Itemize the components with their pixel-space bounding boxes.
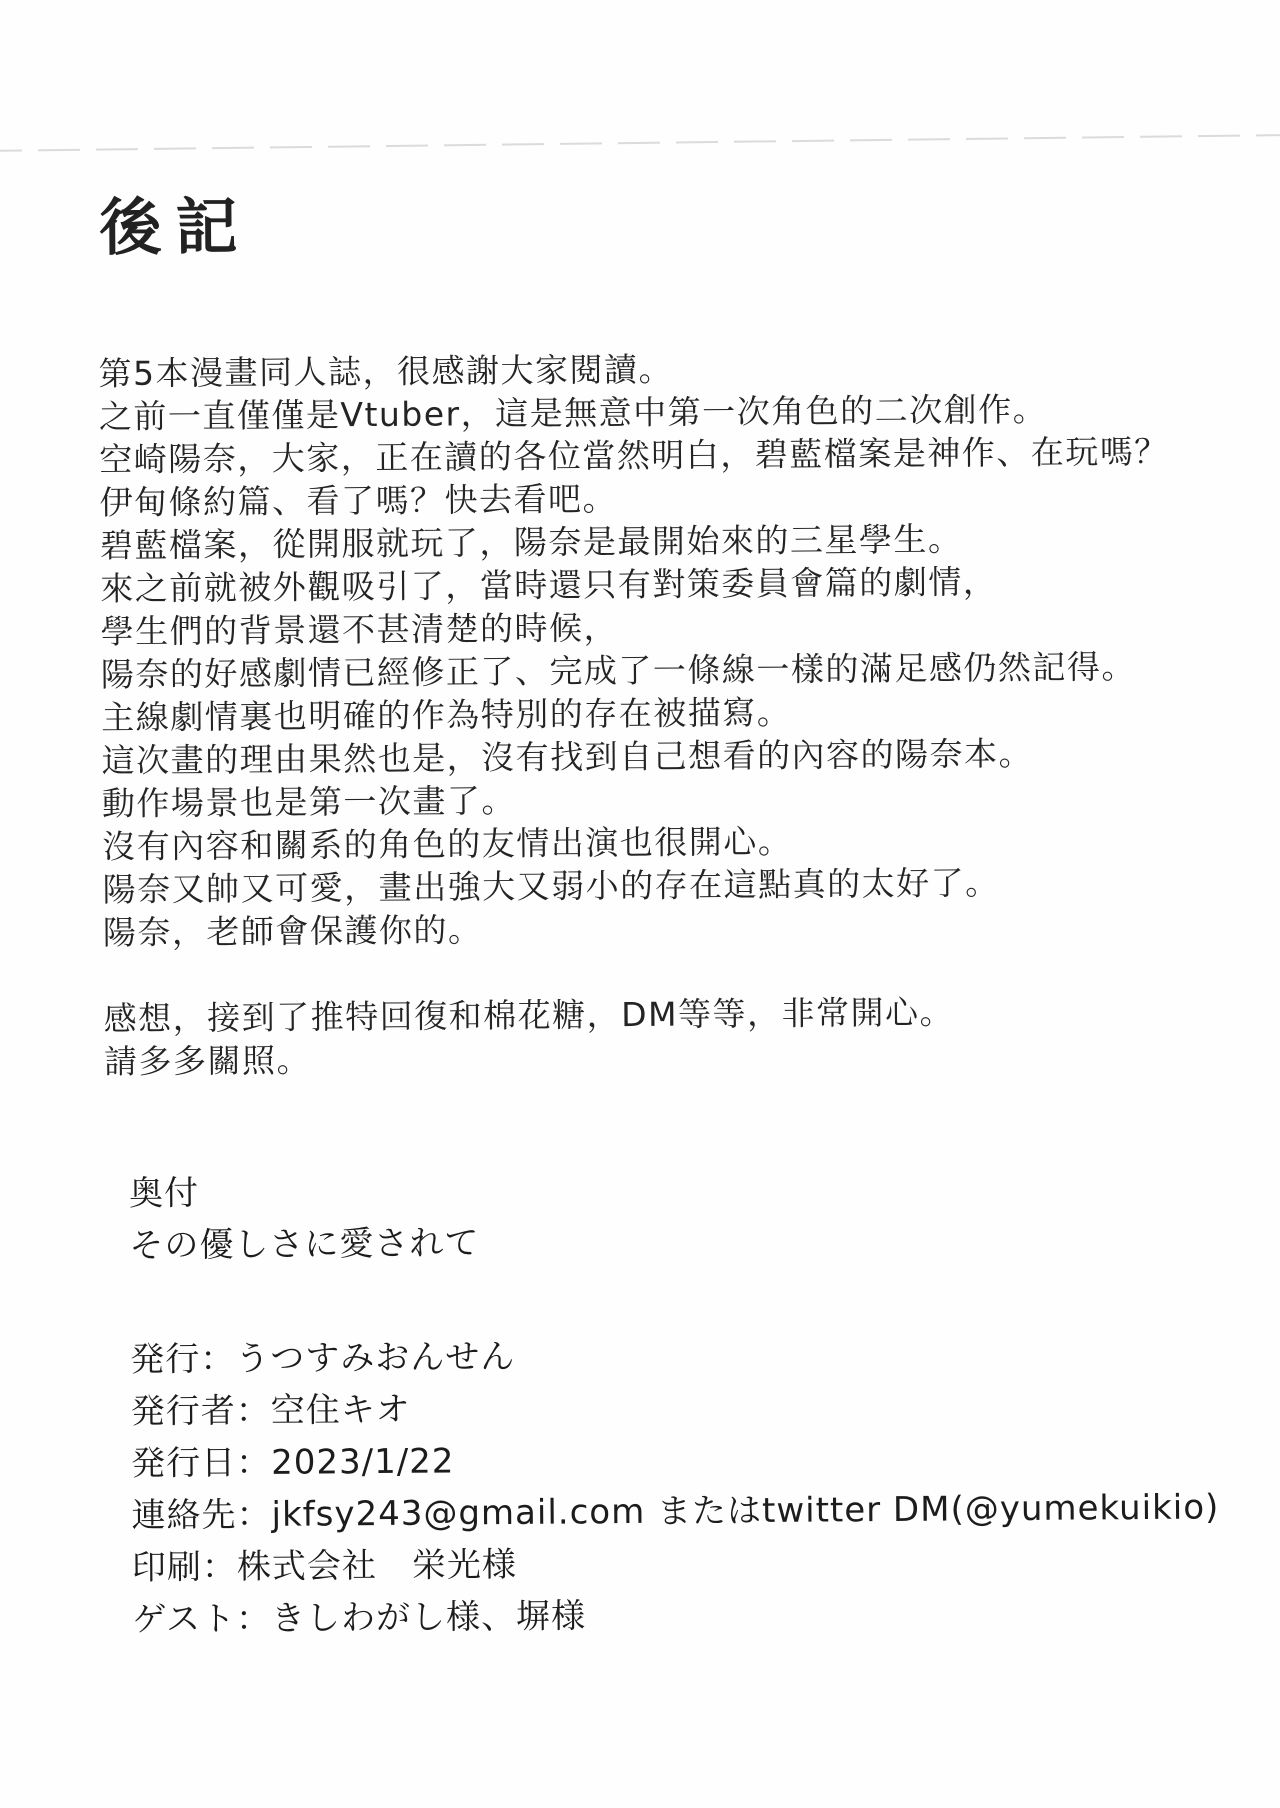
- afterword-page: 後記 第5本漫畫同人誌，很感謝大家閱讀。 之前一直僅僅是Vtuber，這是無意中…: [0, 0, 1280, 1808]
- page-content: 後記 第5本漫畫同人誌，很感謝大家閱讀。 之前一直僅僅是Vtuber，這是無意中…: [0, 0, 1278, 1]
- colophon-entry: 発行日：2023/1/22: [131, 1429, 1231, 1490]
- scan-artifact-line: [0, 134, 1280, 152]
- body-line: 陽奈的好感劇情已經修正了、完成了一條線一樣的滿足感仍然記得。: [101, 644, 1221, 696]
- colophon-entry: 発行者：空住キオ: [131, 1377, 1231, 1438]
- colophon: 奥付 その優しさに愛されて 発行：うつすみおんせん 発行者：空住キオ 発行日：2…: [129, 1159, 1233, 1646]
- colophon-gap: [130, 1263, 1230, 1334]
- colophon-book-title: その優しさに愛されて: [129, 1211, 1229, 1272]
- body-line: 空崎陽奈，大家，正在讀的各位當然明白，碧藍檔案是神作、在玩嗎？: [99, 429, 1219, 481]
- colophon-entry: ゲスト：きしわがし様、塀様: [132, 1585, 1232, 1646]
- colophon-entry: 連絡先：jkfsy243@gmail.com またはtwitter DM(@yu…: [131, 1481, 1231, 1542]
- colophon-entry: 印刷：株式会社 栄光様: [132, 1533, 1232, 1594]
- afterword-body: 第5本漫畫同人誌，很感謝大家閱讀。 之前一直僅僅是Vtuber，這是無意中第一次…: [98, 343, 1224, 1083]
- colophon-entry: 発行：うつすみおんせん: [130, 1325, 1230, 1386]
- page-title: 後記: [99, 177, 252, 267]
- closing-line: 請多多關照。: [104, 1031, 1224, 1083]
- colophon-header: 奥付: [129, 1159, 1229, 1220]
